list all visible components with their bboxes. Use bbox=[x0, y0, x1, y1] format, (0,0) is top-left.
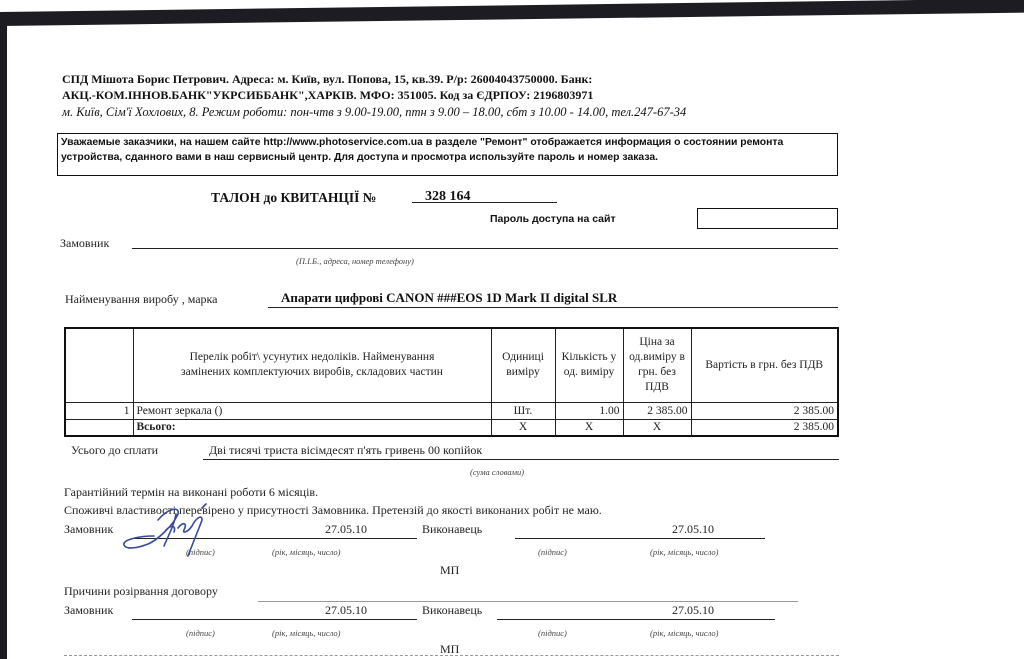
termination-field[interactable] bbox=[258, 597, 798, 602]
sign1-contractor-date-hint: (рік, місяць, число) bbox=[650, 547, 719, 557]
row-name: Ремонт зеркала () bbox=[133, 402, 491, 419]
col-header-total: Вартість в грн. без ПДВ bbox=[691, 328, 838, 402]
payment-underline bbox=[203, 459, 839, 460]
sign1-stamp: МП bbox=[440, 563, 459, 578]
sign2-contractor-line[interactable] bbox=[497, 619, 775, 620]
row-unit: Шт. bbox=[491, 402, 555, 419]
sign1-customer-label: Замовник bbox=[64, 522, 113, 537]
col-header-unit: Одиниці виміру bbox=[491, 328, 555, 402]
sign2-customer-line[interactable] bbox=[132, 619, 417, 620]
payment-hint: (сума словами) bbox=[470, 467, 524, 477]
password-label: Пароль доступа на сайт bbox=[490, 213, 616, 225]
scan-edge-left bbox=[0, 14, 7, 659]
company-line-1: СПД Мішота Борис Петрович. Адреса: м. Ки… bbox=[62, 72, 592, 87]
sign2-customer-date: 27.05.10 bbox=[325, 603, 367, 618]
product-value: Апарати цифрові CANON ###EOS 1D Mark II … bbox=[281, 290, 617, 306]
total-price: Х bbox=[623, 419, 691, 436]
customer-label: Замовник bbox=[60, 236, 109, 251]
warranty-text: Гарантійний термін на виконані роботи 6 … bbox=[64, 485, 318, 500]
sign1-contractor-line[interactable] bbox=[515, 538, 765, 539]
sign2-contractor-label: Виконавець bbox=[422, 603, 482, 618]
receipt-title: ТАЛОН до КВИТАНЦІЇ № bbox=[211, 190, 376, 206]
row-total: 2 385.00 bbox=[691, 402, 838, 419]
payment-label: Усього до сплати bbox=[71, 443, 158, 458]
product-underline bbox=[268, 307, 838, 308]
termination-label: Причини розірвання договору bbox=[64, 584, 218, 599]
sign2-contractor-sign-hint: (підпис) bbox=[538, 628, 567, 638]
sign2-contractor-date-hint: (рік, місяць, число) bbox=[650, 628, 719, 638]
sign1-customer-date: 27.05.10 bbox=[325, 522, 367, 537]
sign2-customer-sign-hint: (підпис) bbox=[186, 628, 215, 638]
total-qty: Х bbox=[555, 419, 623, 436]
customer-field[interactable] bbox=[132, 240, 838, 249]
works-table: Перелік робіт\ усунутих недоліків. Найме… bbox=[64, 327, 839, 437]
sign2-customer-date-hint: (рік, місяць, число) bbox=[272, 628, 341, 638]
payment-value: Дві тисячі триста вісімдесят п'ять гриве… bbox=[209, 443, 482, 458]
total-number bbox=[65, 419, 133, 436]
table-row: 1 Ремонт зеркала () Шт. 1.00 2 385.00 2 … bbox=[65, 402, 838, 419]
website-notice: Уважаемые заказчики, на нашем сайте http… bbox=[57, 133, 838, 176]
table-total-row: Всього: Х Х Х 2 385.00 bbox=[65, 419, 838, 436]
cut-line bbox=[64, 655, 839, 656]
col-header-qty: Кількість у од. виміру bbox=[555, 328, 623, 402]
table-header-row: Перелік робіт\ усунутих недоліків. Найме… bbox=[65, 328, 838, 402]
sign2-customer-label: Замовник bbox=[64, 603, 113, 618]
company-line-2: АКЦ.-КОМ.ІННОВ.БАНК"УКРСИББАНК",ХАРКІВ. … bbox=[62, 88, 593, 103]
row-price: 2 385.00 bbox=[623, 402, 691, 419]
total-sum: 2 385.00 bbox=[691, 419, 838, 436]
sign1-contractor-sign-hint: (підпис) bbox=[538, 547, 567, 557]
scan-edge-top bbox=[0, 0, 1024, 26]
total-label: Всього: bbox=[133, 419, 491, 436]
product-label: Найменування виробу , марка bbox=[65, 292, 218, 307]
sign1-contractor-date: 27.05.10 bbox=[672, 522, 714, 537]
col-header-price: Ціна за од.виміру в грн. без ПДВ bbox=[623, 328, 691, 402]
sign2-contractor-date: 27.05.10 bbox=[672, 603, 714, 618]
col-header-works: Перелік робіт\ усунутих недоліків. Найме… bbox=[133, 328, 491, 402]
password-field[interactable] bbox=[697, 208, 838, 229]
receipt-number-underline bbox=[412, 202, 557, 203]
row-number: 1 bbox=[65, 402, 133, 419]
company-line-3: м. Київ, Сім'ї Хохлових, 8. Режим роботи… bbox=[62, 105, 686, 120]
total-unit: Х bbox=[491, 419, 555, 436]
sign1-contractor-label: Виконавець bbox=[422, 522, 482, 537]
row-qty: 1.00 bbox=[555, 402, 623, 419]
customer-hint: (П.І.Б., адреса, номер телефону) bbox=[296, 256, 414, 266]
signature-icon bbox=[118, 500, 213, 562]
sign1-customer-date-hint: (рік, місяць, число) bbox=[272, 547, 341, 557]
col-header-number bbox=[65, 328, 133, 402]
